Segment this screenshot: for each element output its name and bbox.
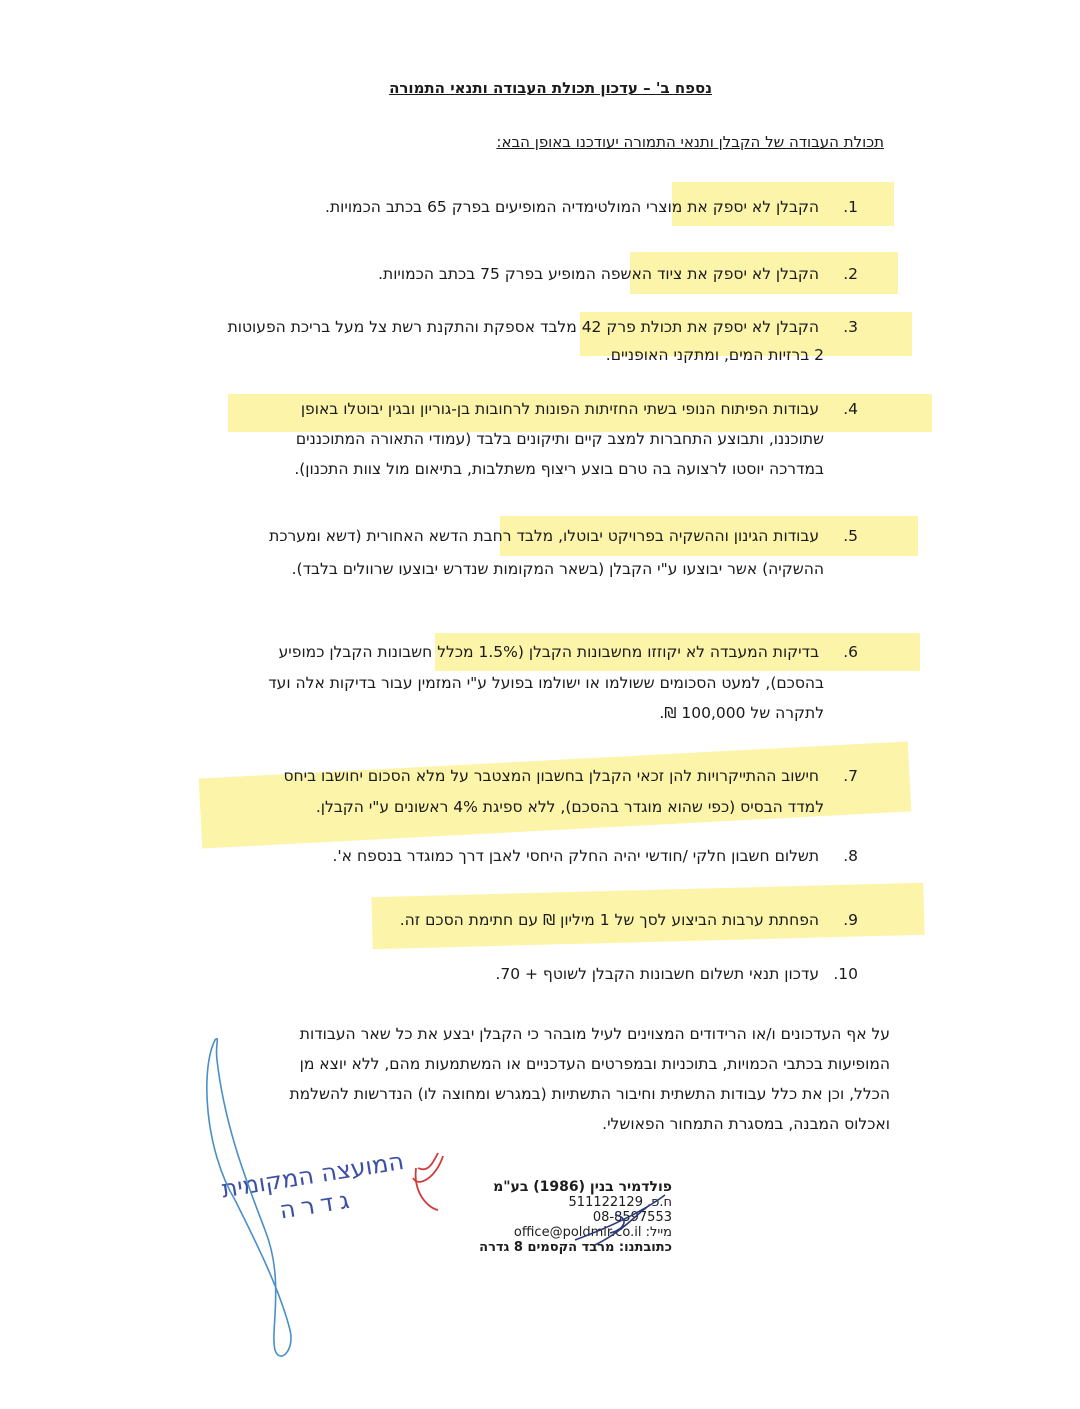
item-text: בדיקות המעבדה לא יקוזזו מחשבונות הקבלן (…	[279, 643, 819, 661]
item-number: 9.	[824, 906, 858, 934]
item-text: תשלום חשבון חלקי /חודשי יהיה החלק היחסי …	[332, 847, 819, 865]
document-page: נספח ב' – עדכון תכולת העבודה ותנאי התמור…	[0, 0, 1080, 1409]
closing-line-2: המופיעות בכתבי הכמויות, בתוכניות ובמפרטי…	[300, 1050, 890, 1078]
list-item-5: 5. עבודות הגינון וההשקיה בפרויקט יבוטלו,…	[269, 522, 858, 550]
item-number: 5.	[824, 522, 858, 550]
list-item-8: 8. תשלום חשבון חלקי /חודשי יהיה החלק היח…	[332, 842, 858, 870]
closing-line-1: על אף העדכונים ו/או הרידודים המצוינים לע…	[300, 1020, 890, 1048]
item-text: הפחתת ערבות הביצוע לסך של 1 מיליון ₪ עם …	[400, 911, 819, 929]
list-item-6-cont: לתקרה של 100,000 ₪.	[659, 699, 824, 727]
closing-line-4: ואכלוס המבנה, במסגרת התמחור הפאושלי.	[602, 1110, 890, 1138]
signature-dark-icon	[555, 1185, 675, 1255]
item-text: חישוב ההתייקרויות להן זכאי הקבלן בחשבון …	[283, 767, 819, 785]
item-number: 10.	[824, 960, 858, 988]
list-item-7: 7. חישוב ההתייקרויות להן זכאי הקבלן בחשב…	[283, 762, 858, 790]
item-number: 3.	[824, 313, 858, 341]
item-text: עדכון תנאי תשלום חשבונות הקבלן לשוטף + 7…	[495, 965, 819, 983]
signature-blue-icon	[195, 1030, 315, 1370]
list-item-10: 10. עדכון תנאי תשלום חשבונות הקבלן לשוטף…	[495, 960, 858, 988]
item-number: 8.	[824, 842, 858, 870]
document-title: נספח ב' – עדכון תכולת העבודה ותנאי התמור…	[389, 74, 712, 102]
item-text: עבודות הפיתוח הנופי בשתי החזיתות הפונות …	[301, 400, 819, 418]
item-number: 6.	[824, 638, 858, 666]
list-item-6: 6. בדיקות המעבדה לא יקוזזו מחשבונות הקבל…	[279, 638, 858, 666]
item-text: הקבלן לא יספק את תכולת פרק 42 מלבד אספקת…	[228, 318, 819, 336]
list-item-9: 9. הפחתת ערבות הביצוע לסך של 1 מיליון ₪ …	[400, 906, 858, 934]
document-subtitle: תכולת העבודה של הקבלן ותנאי התמורה יעודכ…	[496, 128, 884, 156]
list-item-4: 4. עבודות הפיתוח הנופי בשתי החזיתות הפונ…	[301, 395, 858, 423]
item-number: 1.	[824, 193, 858, 221]
list-item-3-cont: 2 ברזיות המים, ומתקני האופניים.	[606, 341, 824, 369]
item-number: 4.	[824, 395, 858, 423]
closing-line-3: הכלל, וכן את כלל עבודות התשתית וחיבור הת…	[289, 1080, 890, 1108]
list-item-6-cont: בהסכם), למעט הסכומים ששולמו או ישולמו בפ…	[268, 669, 824, 697]
list-item-1: 1. הקבלן לא יספק את מוצרי המולטימדיה המו…	[325, 193, 858, 221]
item-number: 2.	[824, 260, 858, 288]
list-item-2: 2. הקבלן לא יספק את ציוד האשפה המופיע בפ…	[378, 260, 858, 288]
list-item-3: 3. הקבלן לא יספק את תכולת פרק 42 מלבד אס…	[228, 313, 858, 341]
item-text: עבודות הגינון וההשקיה בפרויקט יבוטלו, מל…	[269, 527, 819, 545]
item-text: הקבלן לא יספק את ציוד האשפה המופיע בפרק …	[378, 265, 819, 283]
signature-red-icon	[408, 1148, 448, 1218]
list-item-4-cont: במדרכה יוסטו לרצועה בה טרם בוצע ריצוף מש…	[294, 455, 824, 483]
list-item-4-cont: שתוכננו, ותבוצע התחברות למצב קיים ותיקונ…	[296, 425, 824, 453]
list-item-7-cont: למדד הבסיס (כפי שהוא מוגדר בהסכם), ללא ס…	[316, 793, 824, 821]
item-number: 7.	[824, 762, 858, 790]
list-item-5-cont: ההשקיה) אשר יבוצעו ע"י הקבלן (בשאר המקומ…	[292, 555, 824, 583]
item-text: הקבלן לא יספק את מוצרי המולטימדיה המופיע…	[325, 198, 819, 216]
